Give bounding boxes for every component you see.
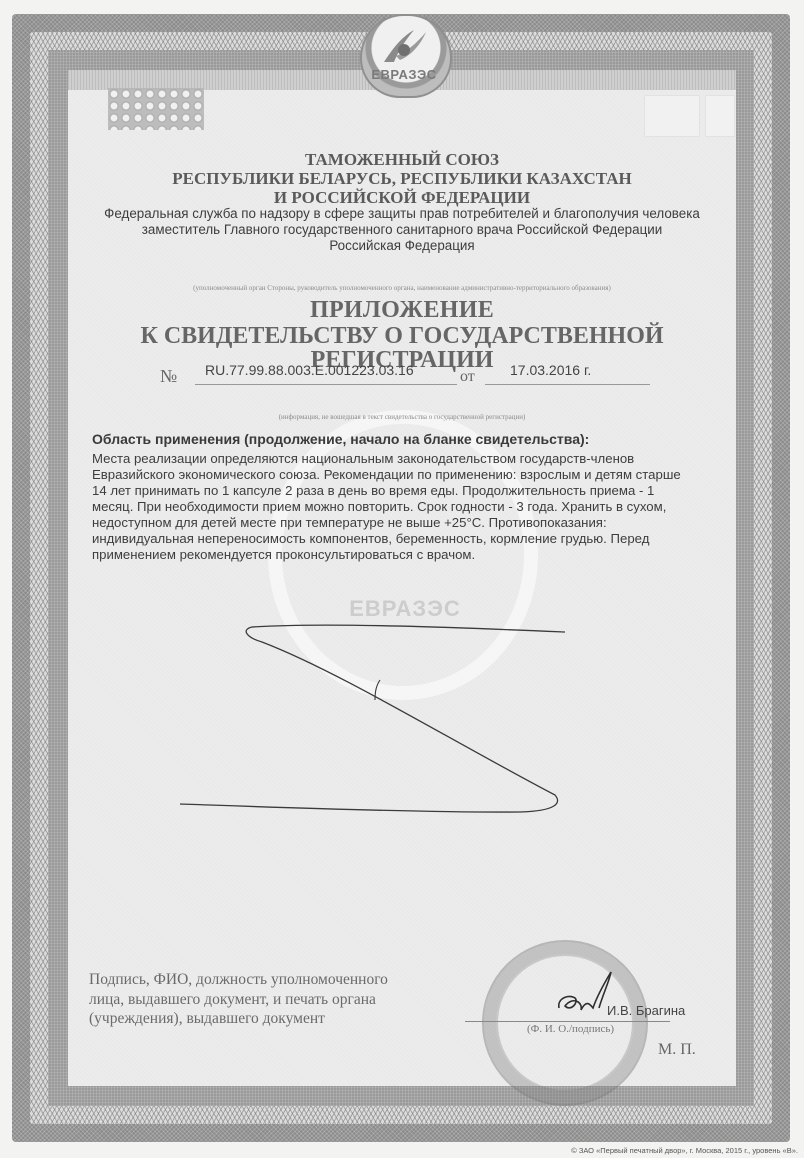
handwritten-signature <box>555 968 615 1018</box>
certificate-sheet: ЕВРАЗЭС ЕВРАЗЭС ТАМОЖЕННЫЙ СОЮЗ РЕСПУБЛИ… <box>0 0 804 1158</box>
signature-underline <box>465 1021 670 1022</box>
signature-label-line: (учреждения), выдавшего документ <box>89 1009 449 1029</box>
signer-name: И.В. Брагина <box>607 1003 685 1018</box>
signature-label-line: лица, выдавшего документ, и печать орган… <box>89 990 449 1010</box>
printer-imprint: © ЗАО «Первый печатный двор», г. Москва,… <box>571 1146 798 1155</box>
stamp-place-label: М. П. <box>658 1041 696 1059</box>
signature-label: Подпись, ФИО, должность уполномоченного … <box>89 970 449 1029</box>
signature-label-line: Подпись, ФИО, должность уполномоченного <box>89 970 449 990</box>
signer-caption: (Ф. И. О./подпись) <box>527 1023 614 1035</box>
